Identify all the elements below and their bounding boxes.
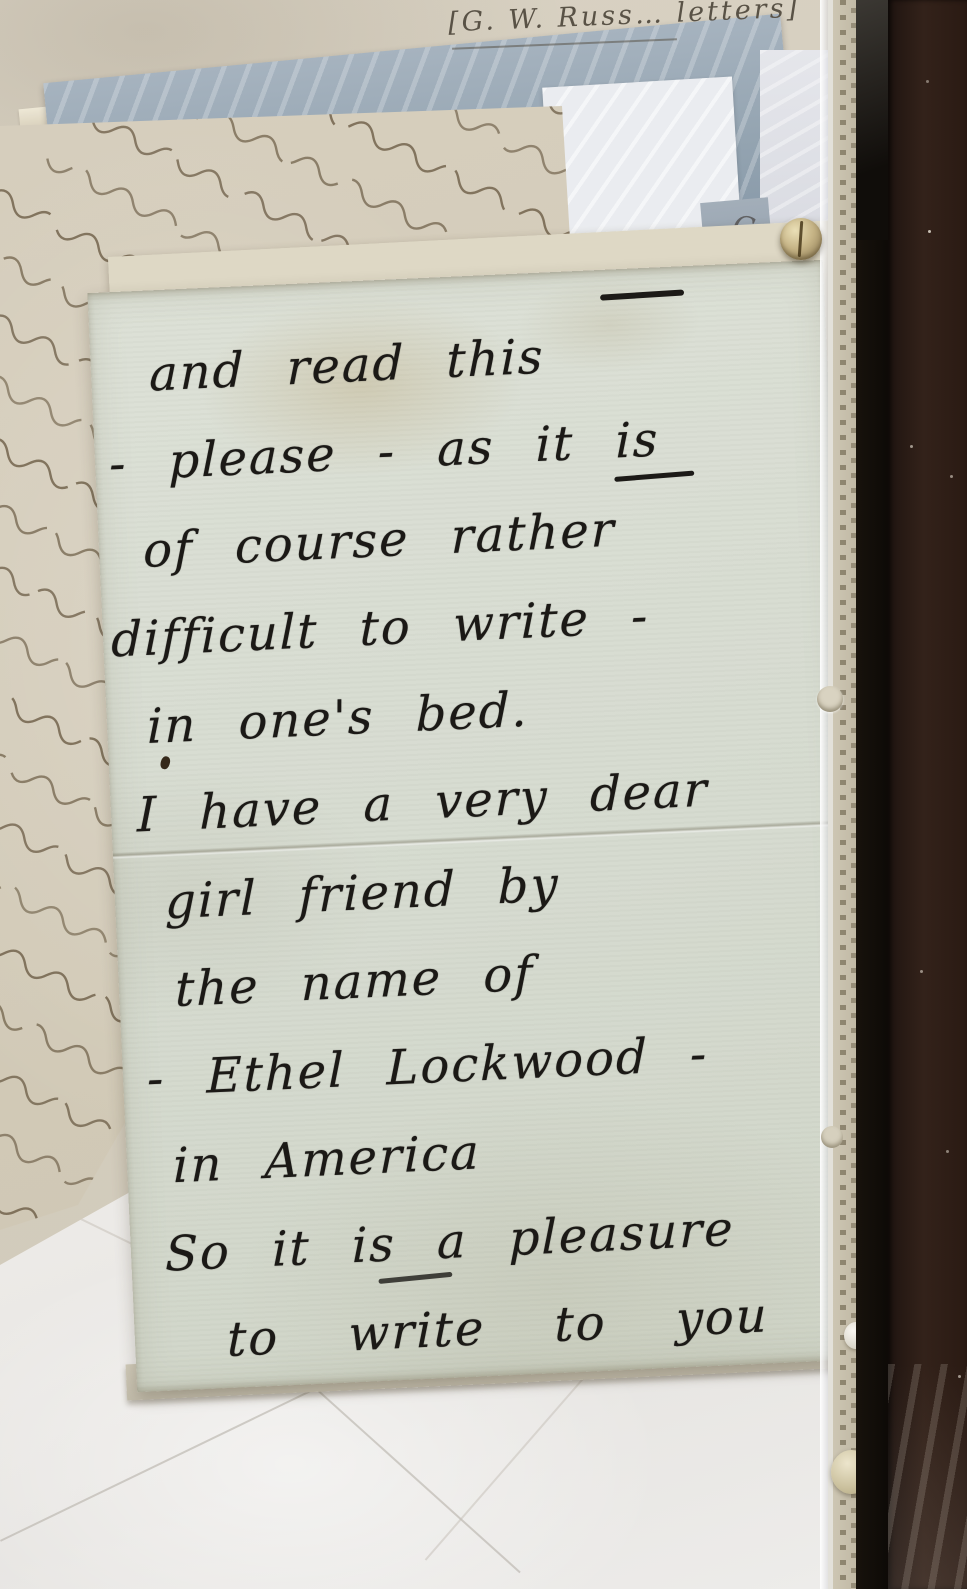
tissue-crease xyxy=(299,1373,521,1573)
shadow-gap xyxy=(856,0,892,1589)
tissue-crease xyxy=(425,1377,585,1561)
photo-of-letter-stack: [G. W. Russ… letters] C xyxy=(0,0,967,1589)
punch-hole xyxy=(821,1126,843,1148)
punch-hole xyxy=(817,686,843,712)
brass-paper-fastener xyxy=(780,218,822,260)
dark-wood-bar xyxy=(888,0,967,1589)
dust-specks xyxy=(928,230,931,233)
wood-bar-sheen xyxy=(888,1364,967,1589)
handwritten-letter-page: and read this - please - as it is of cou… xyxy=(87,260,872,1392)
